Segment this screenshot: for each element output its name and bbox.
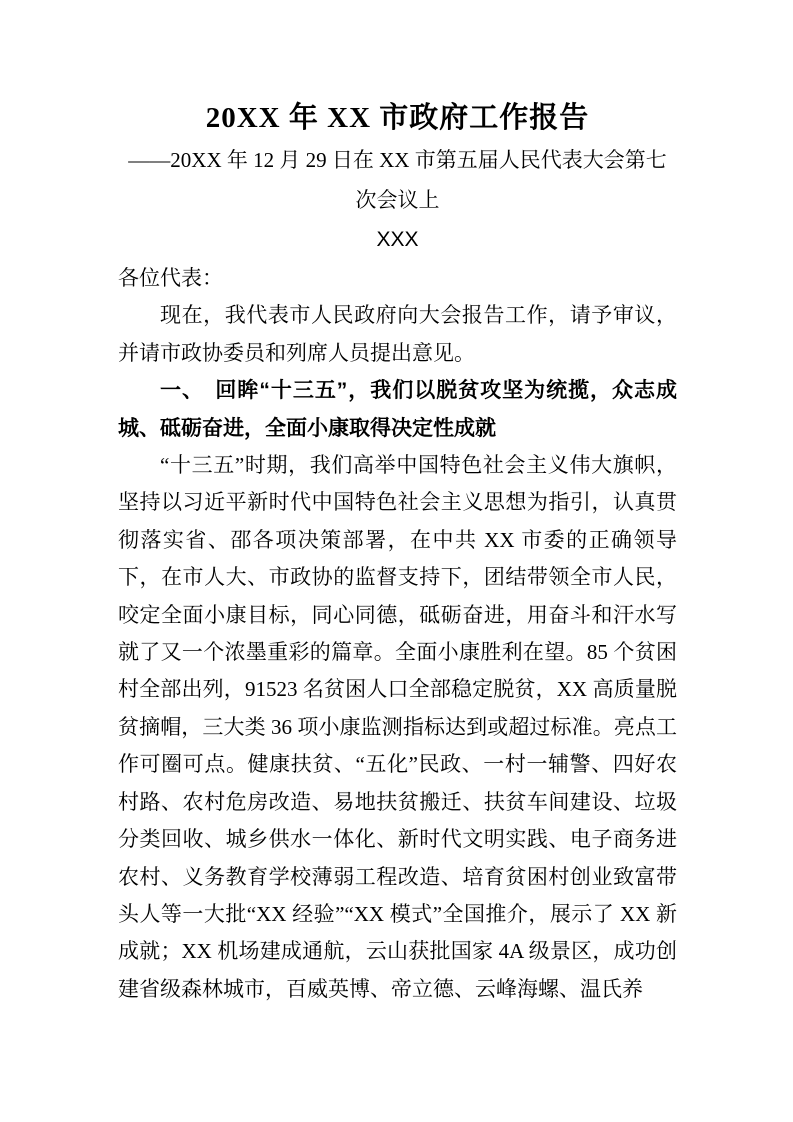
salutation: 各位代表： xyxy=(118,260,677,297)
section-1-heading: 一、 回眸“十三五”，我们以脱贫攻坚为统揽，众志成城、砥砺奋进，全面小康取得决定… xyxy=(118,372,677,447)
document-subtitle: ——20XX 年 12 月 29 日在 XX 市第五届人民代表大会第七次会议上 xyxy=(118,140,677,220)
body-paragraph: “十三五”时期，我们高举中国特色社会主义伟大旗帜，坚持以习近平新时代中国特色社会… xyxy=(118,447,677,1008)
author-signature: XXX xyxy=(118,220,677,260)
document-page: 20XX 年 XX 市政府工作报告 ——20XX 年 12 月 29 日在 XX… xyxy=(0,0,793,1122)
intro-paragraph: 现在，我代表市人民政府向大会报告工作，请予审议，并请市政协委员和列席人员提出意见… xyxy=(118,297,677,372)
document-title: 20XX 年 XX 市政府工作报告 xyxy=(118,96,677,140)
